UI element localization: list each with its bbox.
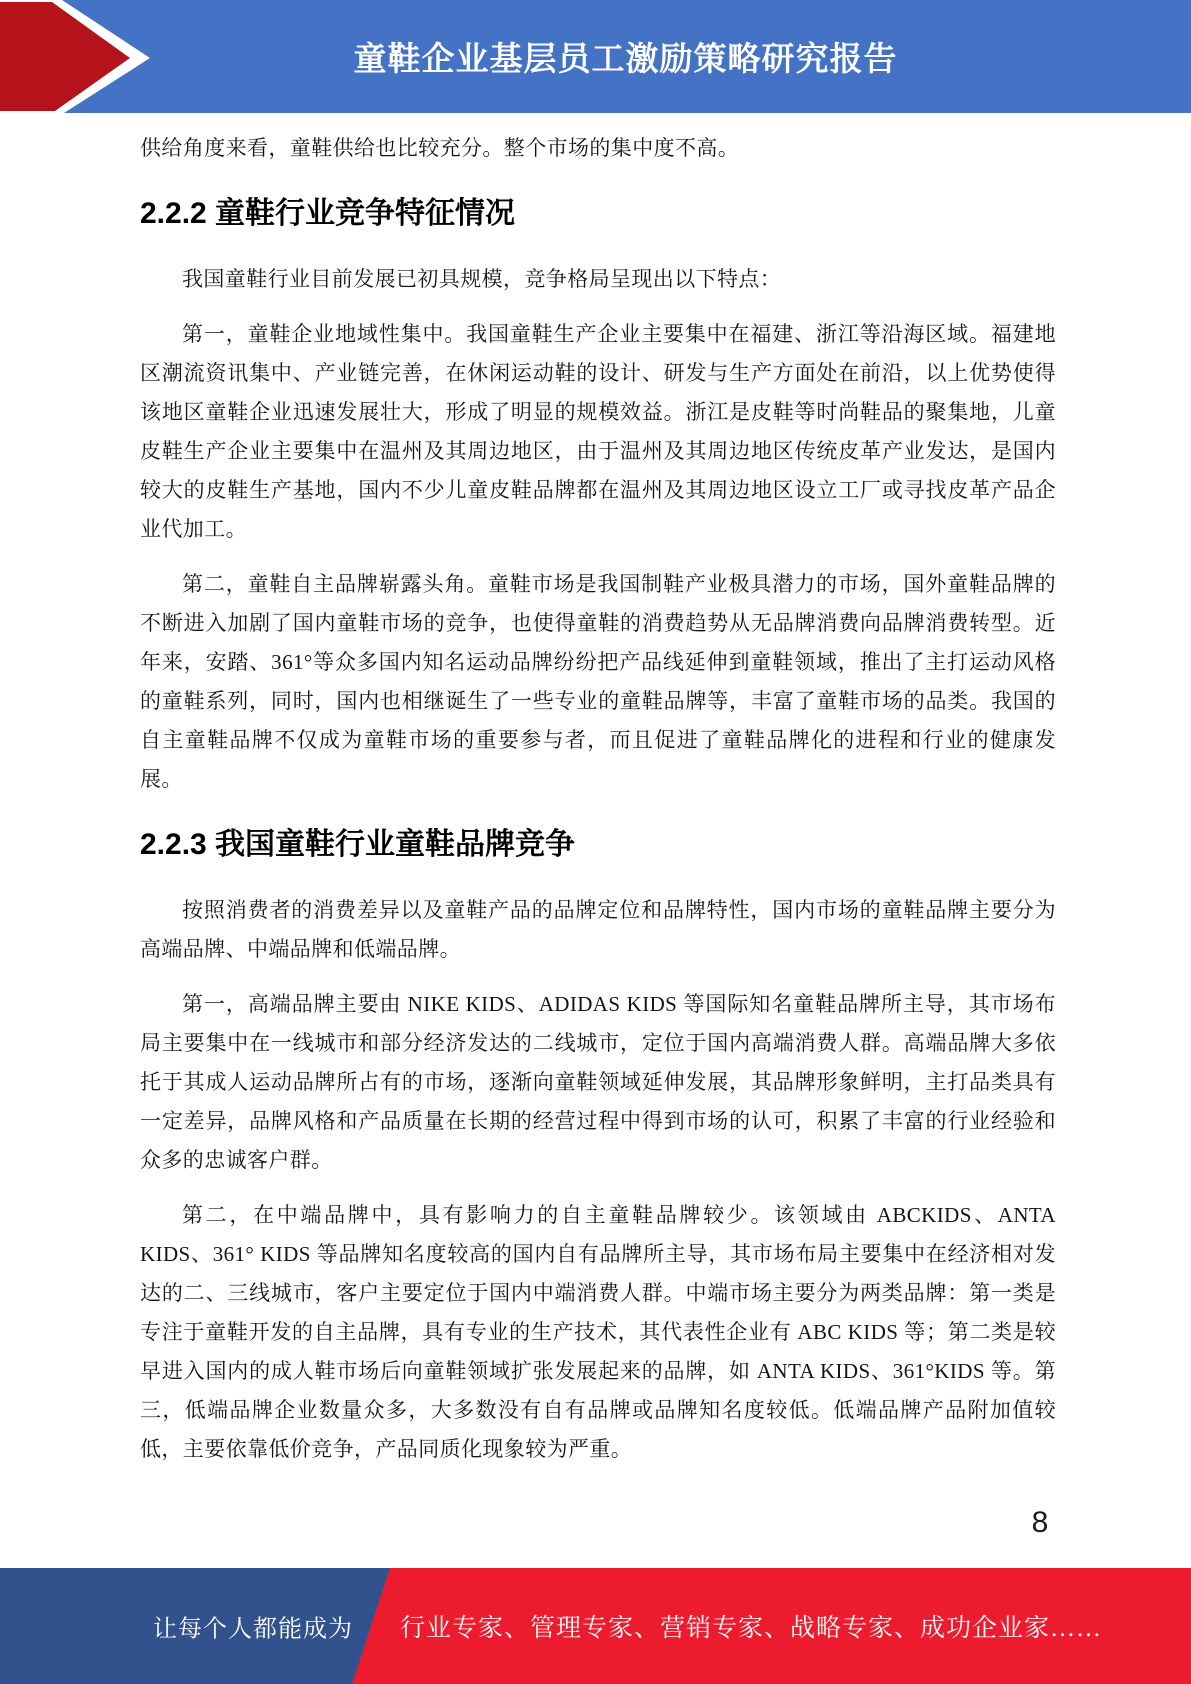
paragraph-supply-summary: 供给角度来看，童鞋供给也比较充分。整个市场的集中度不高。: [140, 129, 1056, 168]
paragraph-first-regional-concentration: 第一，童鞋企业地域性集中。我国童鞋生产企业主要集中在福建、浙江等沿海区域。福建地…: [140, 315, 1056, 549]
page-footer: 让每个人都能成为 行业专家、管理专家、营销专家、战略专家、成功企业家……: [0, 1568, 1191, 1684]
document-body: 供给角度来看，童鞋供给也比较充分。整个市场的集中度不高。 2.2.2 童鞋行业竞…: [0, 113, 1191, 1485]
footer-slogan-left: 让每个人都能成为: [143, 1609, 353, 1644]
paragraph-highend-brands: 第一，高端品牌主要由 NIKE KIDS、ADIDAS KIDS 等国际知名童鞋…: [140, 985, 1056, 1180]
footer-slogan-right: 行业专家、管理专家、营销专家、战略专家、成功企业家……: [400, 1608, 1102, 1644]
report-title: 童鞋企业基层员工激励策略研究报告: [0, 0, 1191, 113]
page-number: 8: [1012, 1506, 1068, 1540]
paragraph-industry-overview: 我国童鞋行业目前发展已初具规模，竞争格局呈现出以下特点：: [140, 260, 1056, 299]
paragraph-brand-tiers-intro: 按照消费者的消费差异以及童鞋产品的品牌定位和品牌特性，国内市场的童鞋品牌主要分为…: [140, 891, 1056, 969]
heading-2-2-3: 2.2.3 我国童鞋行业童鞋品牌竞争: [140, 825, 1056, 865]
paragraph-mid-lowend-brands: 第二，在中端品牌中，具有影响力的自主童鞋品牌较少。该领域由 ABCKIDS、AN…: [140, 1196, 1056, 1469]
report-page: 童鞋企业基层员工激励策略研究报告 供给角度来看，童鞋供给也比较充分。整个市场的集…: [0, 0, 1191, 1684]
heading-2-2-2: 2.2.2 童鞋行业竞争特征情况: [140, 194, 1056, 234]
paragraph-second-domestic-brands: 第二，童鞋自主品牌崭露头角。童鞋市场是我国制鞋产业极具潜力的市场，国外童鞋品牌的…: [140, 565, 1056, 799]
page-header: 童鞋企业基层员工激励策略研究报告: [0, 0, 1191, 113]
